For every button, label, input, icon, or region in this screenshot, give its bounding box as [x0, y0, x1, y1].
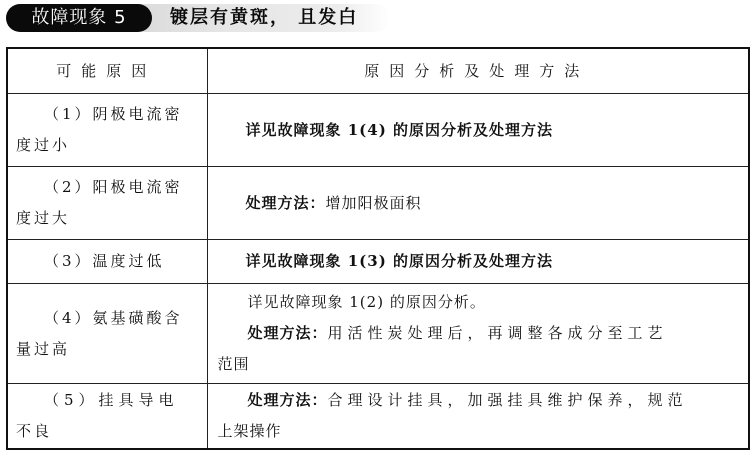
analysis-cell: 详见故障现象 1(3) 的原因分析及处理方法: [207, 240, 749, 284]
analysis-cell: 详见故障现象 1(2) 的原因分析。处理方法：用活性炭处理后，再调整各成分至工艺…: [207, 284, 749, 384]
cause-text-cont: 度过大: [16, 209, 70, 227]
table-row: （1）阴极电流密度过小 详见故障现象 1(4) 的原因分析及处理方法: [7, 94, 749, 167]
section-header: 故障现象 5 镀层有黄斑， 且发白: [0, 0, 756, 40]
method-label: 处理方法：: [248, 324, 328, 342]
cause-text: （1）阴极电流密: [44, 105, 183, 123]
table-row: （5）挂具导电不良 处理方法：合理设计挂具，加强挂具维护保养，规范上架操作: [7, 384, 749, 450]
cause-text-cont: 量过高: [16, 340, 70, 358]
table-row: （2）阳极电流密度过大 处理方法：增加阳极面积: [7, 167, 749, 240]
analysis-text-cont: 上架操作: [218, 422, 282, 440]
table-header-row: 可能原因 原因分析及处理方法: [7, 48, 749, 94]
cause-text: （4）氨基磺酸含: [44, 309, 183, 327]
fault-badge: 故障现象 5: [6, 4, 152, 32]
cause-cell: （5）挂具导电不良: [7, 384, 207, 450]
analysis-cell: 处理方法：增加阳极面积: [207, 167, 749, 240]
fault-title: 镀层有黄斑， 且发白: [170, 4, 358, 32]
column-header-cause: 可能原因: [7, 48, 207, 94]
cause-text-cont: 不良: [16, 422, 52, 440]
analysis-text: 详见故障现象 1(2) 的原因分析。: [248, 293, 486, 311]
table-row: （3）温度过低 详见故障现象 1(3) 的原因分析及处理方法: [7, 240, 749, 284]
fault-table: 可能原因 原因分析及处理方法 （1）阴极电流密度过小 详见故障现象 1(4) 的…: [6, 47, 750, 450]
cause-cell: （2）阳极电流密度过大: [7, 167, 207, 240]
cause-cell: （1）阴极电流密度过小: [7, 94, 207, 167]
analysis-cell: 处理方法：合理设计挂具，加强挂具维护保养，规范上架操作: [207, 384, 749, 450]
cause-cell: （4）氨基磺酸含量过高: [7, 284, 207, 384]
cause-text-cont: 度过小: [16, 136, 70, 154]
cause-cell: （3）温度过低: [7, 240, 207, 284]
analysis-text: 用活性炭处理后，再调整各成分至工艺: [328, 324, 668, 342]
analysis-text: 详见故障现象 1(3) 的原因分析及处理方法: [246, 252, 554, 270]
analysis-text-cont: 范围: [218, 355, 250, 373]
cause-text: （5）挂具导电: [44, 391, 179, 409]
method-label: 处理方法：: [248, 391, 328, 409]
method-label: 处理方法：: [246, 194, 326, 212]
cause-text: （3）温度过低: [44, 252, 165, 270]
table-row: （4）氨基磺酸含量过高 详见故障现象 1(2) 的原因分析。处理方法：用活性炭处…: [7, 284, 749, 384]
analysis-text: 详见故障现象 1(4) 的原因分析及处理方法: [246, 121, 554, 139]
analysis-text: 合理设计挂具，加强挂具维护保养，规范: [328, 391, 688, 409]
column-header-analysis: 原因分析及处理方法: [207, 48, 749, 94]
analysis-text: 增加阳极面积: [326, 194, 422, 212]
analysis-cell: 详见故障现象 1(4) 的原因分析及处理方法: [207, 94, 749, 167]
cause-text: （2）阳极电流密: [44, 178, 183, 196]
